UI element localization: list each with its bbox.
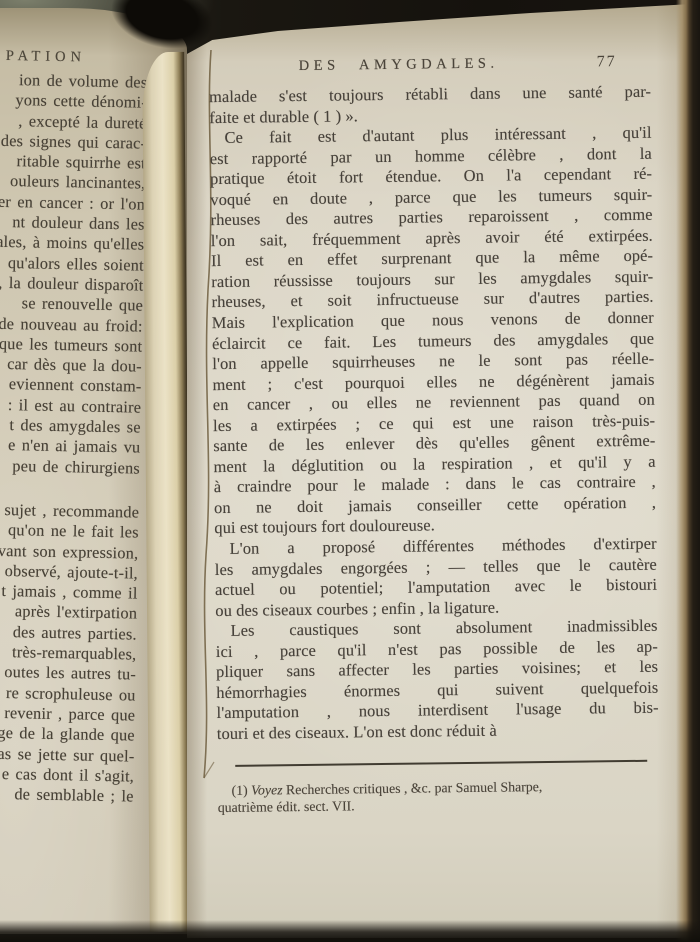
text-line: as se jette sur quel- (0, 743, 139, 766)
footnote-italic: Voyez (251, 782, 283, 797)
text-line: dales, à moins qu'elles (0, 232, 148, 255)
text-line: yons cette dénomi- (0, 90, 151, 113)
page-number: 77 (597, 53, 617, 71)
text-line: ouleurs lancinantes, (0, 171, 150, 194)
text-line: e n'en ai jamais vu (0, 435, 145, 458)
left-paragraph: ion de volume desyons cette dénomi-, exc… (0, 70, 152, 479)
text-line: touri et des ciseaux. L'on est donc rédu… (217, 719, 659, 745)
right-page: DES AMYGDALES. 77 malade s'est toujours … (187, 0, 692, 938)
paragraph: malade s'est toujours rétabli dans une s… (209, 82, 651, 128)
text-line: , la douleur disparoît (0, 273, 148, 296)
text-line: très-remarquables, (0, 642, 141, 665)
text-line: des autres parties. (0, 621, 141, 644)
footnote-text: Recherches critiques , &c. par Samuel Sh… (282, 779, 542, 797)
text-line: t des amygdales se (0, 415, 145, 438)
text-line: ritable squirrhe est (0, 151, 150, 174)
text-line: vant son expression, (0, 540, 143, 563)
text-line: sujet , recommande (0, 500, 143, 523)
text-line: qu'on ne le fait les (0, 520, 143, 543)
text-line: : il est au contraire (0, 394, 145, 417)
text-line: que les tumeurs sont (0, 334, 146, 357)
text-line: ion de volume des (0, 70, 152, 93)
text-line: de semblable ; le (0, 784, 138, 807)
paragraph: L'on a proposé différentes méthodes d'ex… (214, 534, 657, 622)
page-header: DES AMYGDALES. 77 (209, 53, 651, 76)
photo-bottom-shadow (0, 920, 700, 942)
text-line: se renouvelle que (0, 293, 147, 316)
footnote-ref: (1) (231, 782, 251, 797)
text-line: e cas dont il s'agit, (0, 763, 138, 786)
text-line: re scrophuleuse ou (0, 682, 140, 705)
right-page-content: DES AMYGDALES. 77 malade s'est toujours … (186, 0, 664, 817)
text-line: eviennent constam- (0, 374, 146, 397)
text-line: revenir , parce que (0, 703, 139, 726)
text-line: des signes qui carac- (0, 131, 150, 154)
footnote: (1) Voyez Recherches critiques , &c. par… (217, 776, 657, 816)
page-fold-edge (142, 52, 192, 932)
text-line: de nouveau au froid: (0, 313, 147, 336)
left-paragraph: sujet , recommandequ'on ne le fait lesva… (0, 500, 143, 807)
text-line: après l'extirpation (0, 601, 141, 624)
left-page-text: ion de volume desyons cette dénomi-, exc… (0, 70, 152, 807)
book-photo: PATION ion de volume desyons cette dénom… (0, 0, 700, 942)
text-line: ; car dès que la dou- (0, 354, 146, 377)
text-line: age de la glande que (0, 723, 139, 746)
text-line: t jamais , comme il (0, 581, 142, 604)
text-line: outes les autres tu- (0, 662, 140, 685)
text-line: nt douleur dans les (0, 212, 149, 235)
paragraph: Ce fait est d'autant plus intéressant , … (209, 123, 656, 539)
body-text: malade s'est toujours rétabli dans une s… (209, 82, 659, 745)
text-line: , excepté la dureté (0, 110, 151, 133)
running-title: DES AMYGDALES. (299, 56, 499, 75)
footnote-rule (235, 759, 647, 766)
text-line: peu de chirurgiens (0, 455, 144, 478)
text-line: er en cancer : or l'on (0, 192, 149, 215)
text-line: observé, ajoute-t-il, (0, 561, 142, 584)
paragraph: Les caustiques sont absolument inadmissi… (215, 616, 658, 745)
book-fore-edge (676, 0, 700, 942)
text-line: qu'alors elles soient (0, 252, 148, 275)
